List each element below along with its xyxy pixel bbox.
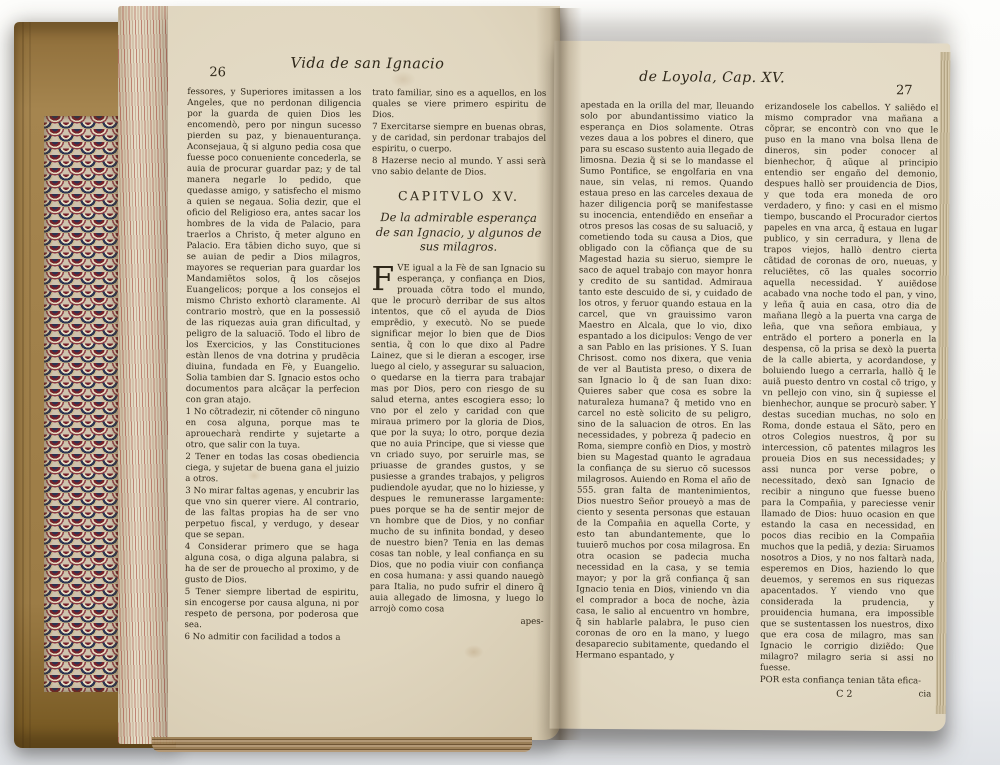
right-page-columns: apestada en la orilla del mar, lleuando … bbox=[575, 100, 938, 702]
paragraph: 7 Exercitarse siempre en buenas obras, y… bbox=[372, 122, 546, 156]
paragraph: 8 Hazerse necio al mundo. Y assi serà vn… bbox=[372, 156, 546, 179]
paragraph: 2 Tener en todas las cosas obediencia ci… bbox=[185, 452, 359, 486]
chapter-heading: CAPITVLO XV. bbox=[372, 190, 546, 202]
right-page-text: de Loyola, Cap. XV. 27 apestada en la or… bbox=[575, 58, 939, 702]
paragraph: erizandosele los cabellos. Y saliẽdo el … bbox=[760, 102, 938, 675]
paragraph: 6 No admitir con facilidad a todos a bbox=[184, 632, 358, 644]
right-page-column-2: erizandosele los cabellos. Y saliẽdo el … bbox=[760, 102, 939, 702]
left-page-text: 26 Vida de san Ignacio fessores, y Super… bbox=[184, 45, 547, 646]
photo-of-open-book: 26 Vida de san Ignacio fessores, y Super… bbox=[0, 0, 1000, 765]
left-page-column-2: trato familiar, sino es a aquellos, en l… bbox=[369, 88, 546, 646]
paragraph: 4 Considerar primero que se haga alguna … bbox=[185, 542, 359, 587]
bottom-page-block-edge bbox=[152, 737, 532, 752]
left-page-columns: fessores, y Superiores imitassen a los A… bbox=[184, 87, 547, 646]
catchword-right-page: cia bbox=[919, 689, 932, 700]
marbled-endpaper bbox=[44, 116, 120, 692]
chapter-opening-paragraph: FVE igual a la Fè de san Ignacio su espe… bbox=[370, 263, 546, 616]
page-number-left: 26 bbox=[209, 65, 226, 80]
paragraph: apestada en la orilla del mar, lleuando … bbox=[576, 100, 754, 662]
paragraph: POR esta confiança tenian tãta efica- bbox=[760, 675, 934, 688]
left-page-header: 26 Vida de san Ignacio bbox=[187, 45, 547, 85]
catchword-left-page: apes- bbox=[370, 616, 544, 628]
drop-cap-initial: F bbox=[371, 263, 397, 293]
gathering-signature: C 2 bbox=[836, 689, 852, 700]
paragraph: fessores, y Superiores imitassen a los A… bbox=[186, 87, 362, 407]
chapter-subtitle: De la admirable esperança de san Ignacio… bbox=[373, 210, 543, 254]
running-head-left: Vida de san Ignacio bbox=[187, 45, 547, 73]
paragraph: 3 No mirar faltas agenas, y encubrir las… bbox=[185, 486, 359, 542]
paragraph: trato familiar, sino es a aquellos, en l… bbox=[372, 88, 546, 122]
chapter-body-text: VE igual a la Fè de san Ignacio su esper… bbox=[370, 263, 546, 614]
paragraph: 5 Tener siempre libertad de espiritu, si… bbox=[185, 587, 359, 632]
page-number-right: 27 bbox=[896, 83, 913, 98]
column2-top-items: trato familiar, sino es a aquellos, en l… bbox=[372, 88, 546, 179]
right-column2-paragraphs: erizandosele los cabellos. Y saliẽdo el … bbox=[760, 102, 939, 687]
paragraph: 1 No cõtradezir, ni cõtender cõ ninguno … bbox=[185, 407, 359, 452]
running-head-right: de Loyola, Cap. XV. bbox=[581, 58, 939, 87]
right-page-header: de Loyola, Cap. XV. 27 bbox=[580, 58, 938, 99]
right-page-column-1: apestada en la orilla del mar, lleuando … bbox=[575, 100, 754, 700]
left-page-column-1: fessores, y Superiores imitassen a los A… bbox=[184, 87, 361, 645]
signature-line: C 2 cia bbox=[760, 688, 934, 703]
